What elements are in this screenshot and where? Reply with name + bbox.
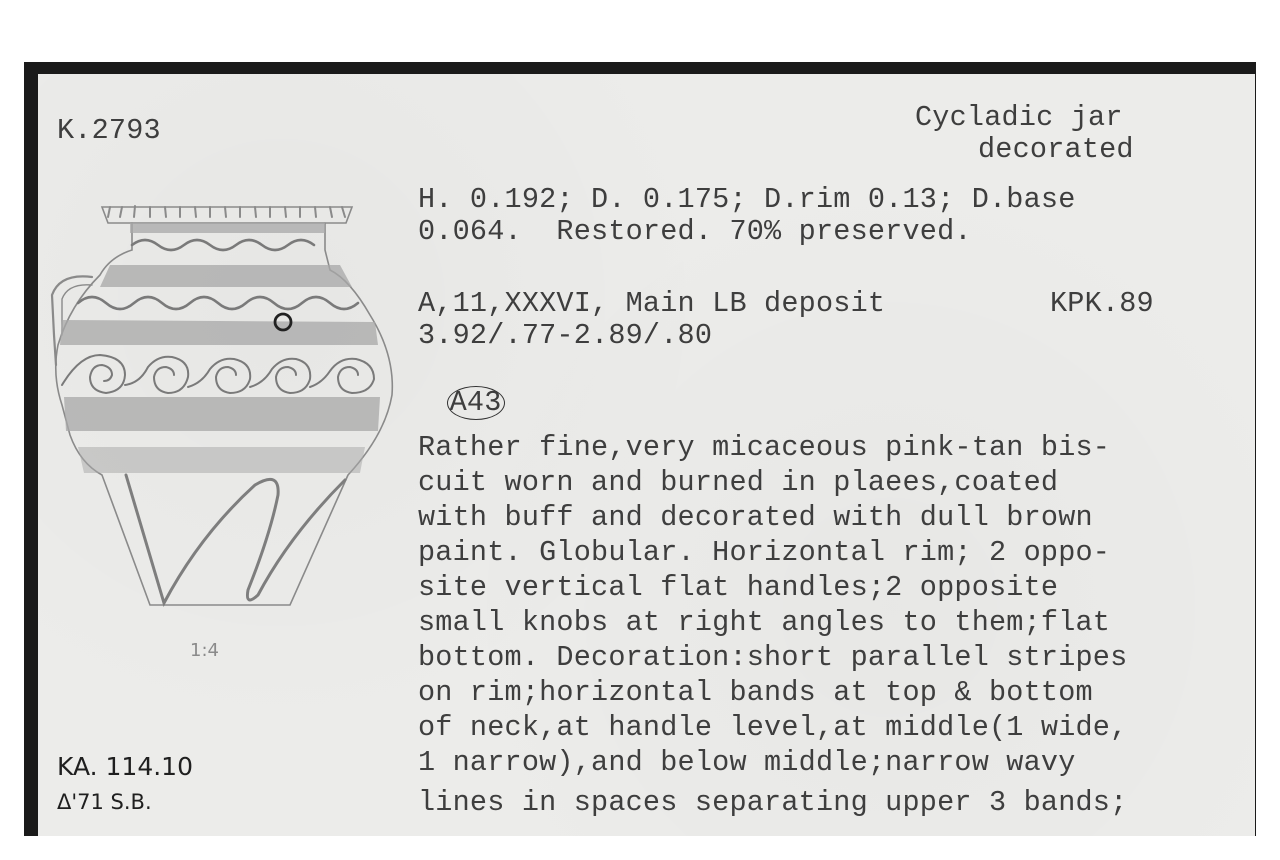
levels-line: 3.92/.77-2.89/.80 bbox=[418, 318, 712, 353]
circled-code-text: A43 bbox=[447, 386, 505, 420]
description-line: lines in spaces separating upper 3 bands… bbox=[418, 785, 1127, 820]
description-line: site vertical flat handles;2 opposite bbox=[418, 570, 1058, 605]
description-line: small knobs at right angles to them;flat bbox=[418, 605, 1110, 640]
description-line: on rim;horizontal bands at top & bottom bbox=[418, 675, 1093, 710]
object-type-line1: Cycladic jar bbox=[915, 100, 1123, 135]
drawing-scale: 1:4 bbox=[190, 640, 219, 661]
description-line: paint. Globular. Horizontal rim; 2 oppo- bbox=[418, 535, 1110, 570]
handwritten-reference-1: KA. 114.10 bbox=[57, 752, 193, 781]
description-line: with buff and decorated with dull brown bbox=[418, 500, 1093, 535]
dimensions-line1: H. 0.192; D. 0.175; D.rim 0.13; D.base bbox=[418, 182, 1076, 217]
description-line: bottom. Decoration:short parallel stripe… bbox=[418, 640, 1127, 675]
accession-number: K.2793 bbox=[57, 113, 161, 148]
handwritten-reference-2: Δ'71 S.B. bbox=[57, 790, 152, 814]
context-line: A,11,XXXVI, Main LB deposit bbox=[418, 286, 885, 321]
jar-drawing bbox=[40, 195, 400, 615]
circled-code: A43 bbox=[412, 350, 505, 420]
description-line: Rather fine,very micaceous pink-tan bis- bbox=[418, 430, 1110, 465]
dimensions-line2: 0.064. Restored. 70% preserved. bbox=[418, 214, 972, 249]
context-code: KPK.89 bbox=[1050, 286, 1154, 321]
description-line: 1 narrow),and below middle;narrow wavy bbox=[418, 745, 1076, 780]
description-line: of neck,at handle level,at middle(1 wide… bbox=[418, 710, 1127, 745]
object-type-line2: decorated bbox=[978, 132, 1134, 167]
description-line: cuit worn and burned in plaees,coated bbox=[418, 465, 1058, 500]
